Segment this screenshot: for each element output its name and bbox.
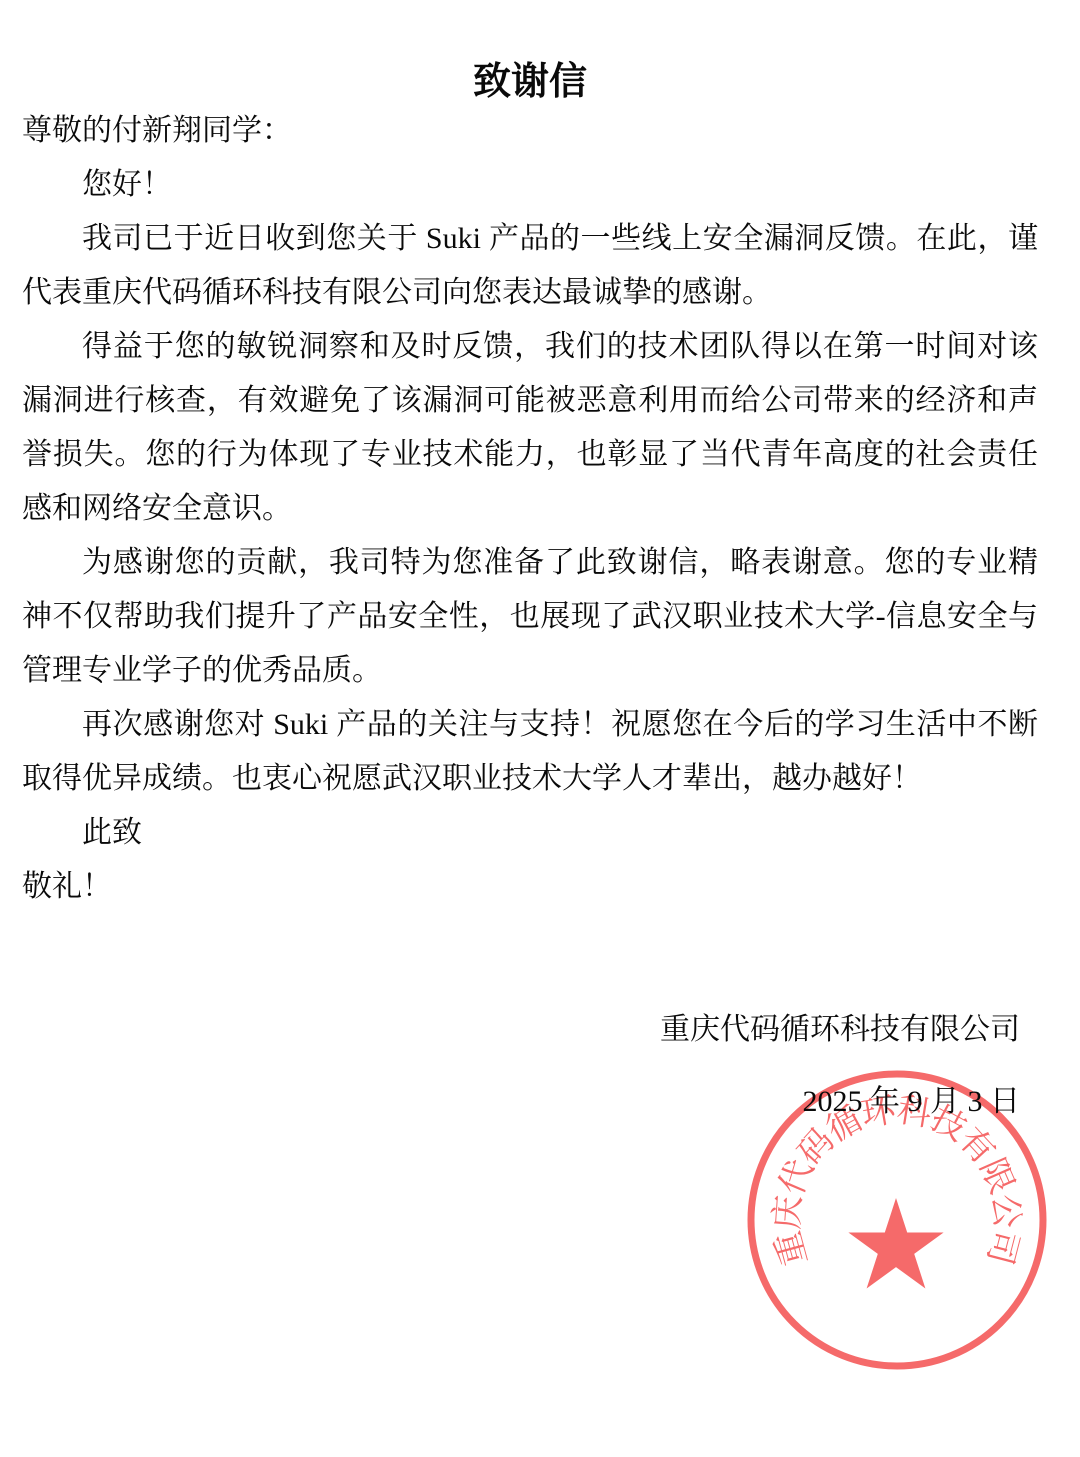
signature-date: 2025 年 9 月 3 日 <box>22 1075 1020 1129</box>
seal-star-icon <box>848 1198 943 1289</box>
paragraph-1: 我司已于近日收到您关于 Suki 产品的一些线上安全漏洞反馈。在此，谨代表重庆代… <box>22 212 1038 320</box>
signature-company: 重庆代码循环科技有限公司 <box>22 1003 1020 1057</box>
greeting: 您好！ <box>22 158 1038 212</box>
paragraph-2: 得益于您的敏锐洞察和及时反馈，我们的技术团队得以在第一时间对该漏洞进行核查，有效… <box>22 320 1038 536</box>
closing-salute: 此致 <box>22 806 1038 860</box>
paragraph-3: 为感谢您的贡献，我司特为您准备了此致谢信，略表谢意。您的专业精神不仅帮助我们提升… <box>22 536 1038 698</box>
closing-regards: 敬礼！ <box>22 860 1038 914</box>
letter-title: 致谢信 <box>22 60 1038 104</box>
salutation: 尊敬的付新翔同学： <box>22 104 1038 158</box>
letter-content: 致谢信 尊敬的付新翔同学： 您好！ 我司已于近日收到您关于 Suki 产品的一些… <box>0 60 1080 1129</box>
letter-page: 致谢信 尊敬的付新翔同学： 您好！ 我司已于近日收到您关于 Suki 产品的一些… <box>0 0 1080 1457</box>
signature-block: 重庆代码循环科技有限公司 2025 年 9 月 3 日 <box>22 1003 1038 1129</box>
paragraph-4: 再次感谢您对 Suki 产品的关注与支持！祝愿您在今后的学习生活中不断取得优异成… <box>22 698 1038 806</box>
